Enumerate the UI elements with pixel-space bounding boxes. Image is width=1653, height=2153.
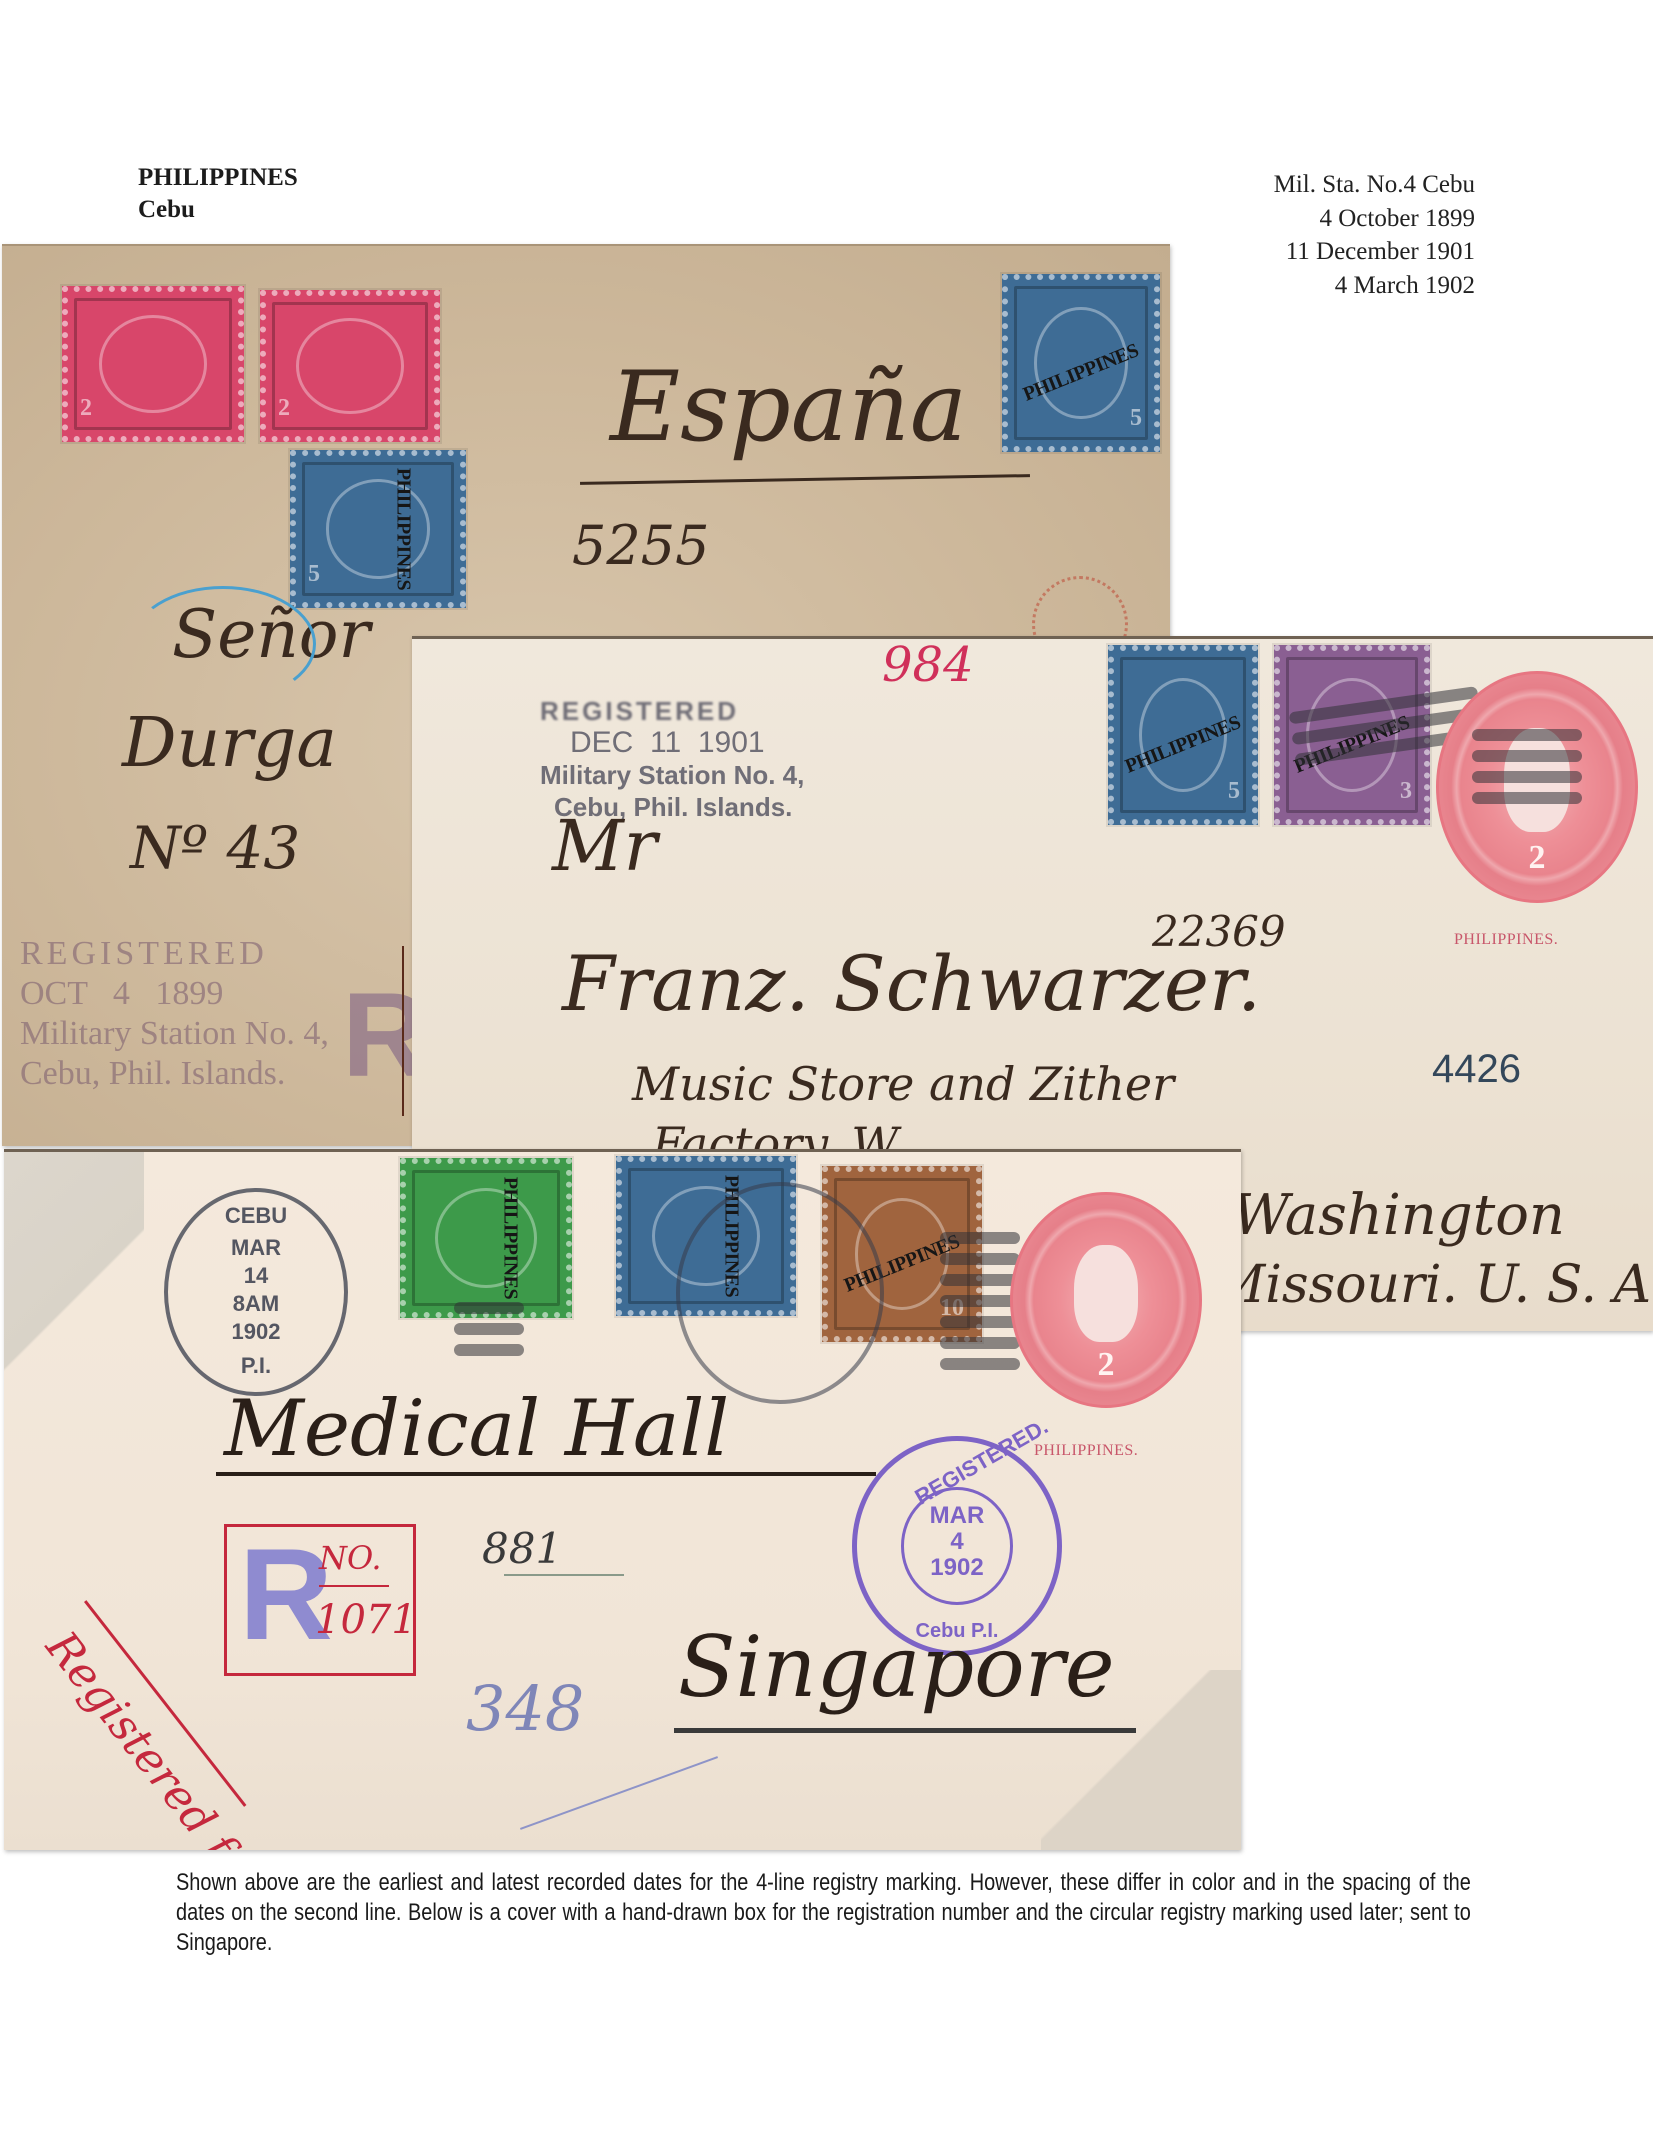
stamp-1c-green: PHILIPPINES <box>400 1158 572 1318</box>
stamp-5c-blue-corner: PHILIPPINES 5 <box>1002 274 1160 452</box>
date-list: Mil. Sta. No.4 Cebu 4 October 1899 11 De… <box>1274 168 1475 302</box>
country-title: PHILIPPINES <box>138 162 298 194</box>
cebu-postmark: CEBU MAR 14 8AM 1902 P.I. <box>164 1188 348 1396</box>
grid-cancel-2 <box>940 1232 1020 1379</box>
town-subtitle: Cebu <box>138 194 298 226</box>
exhibit-caption: Shown above are the earliest and latest … <box>176 1868 1255 1958</box>
station-name: Mil. Sta. No.4 Cebu <box>1274 168 1475 202</box>
date-1: 4 October 1899 <box>1274 202 1475 236</box>
embossed-2c-stamp: 2 <box>1010 1192 1202 1408</box>
date-2: 11 December 1901 <box>1274 235 1475 269</box>
date-3: 4 March 1902 <box>1274 269 1475 303</box>
grid-cancel-1 <box>454 1302 524 1365</box>
number-4426: 4426 <box>1432 1047 1521 1092</box>
red-reg-number: 984 <box>882 637 974 693</box>
registry-marking-1901: REGISTERED DEC 11 1901 Military Station … <box>540 695 804 823</box>
underline <box>674 1728 1136 1733</box>
destination-singapore: Singapore <box>678 1618 1115 1716</box>
stamp-2c-red-2: 2 <box>260 290 440 442</box>
addressee-name: Franz. Schwarzer. <box>562 939 1261 1028</box>
embossed-overprint: PHILIPPINES. <box>1454 931 1558 949</box>
registry-marking-1899: REGISTERED OCT 4 1899 Military Station N… <box>20 934 329 1094</box>
embossed-overprint: PHILIPPINES. <box>1034 1442 1138 1460</box>
stamp-5c-blue: PHILIPPINES 5 <box>1108 645 1258 825</box>
envelope-flap <box>4 1152 144 1372</box>
blue-crayon-mark <box>130 586 316 702</box>
address-line-state: Missouri. U. S. A. <box>1212 1255 1653 1315</box>
number-881: 881 <box>482 1524 562 1573</box>
cebu-postmark-2 <box>676 1182 884 1404</box>
salutation: Mr <box>552 805 657 887</box>
number-5255: 5255 <box>572 514 709 577</box>
destination-espana: España <box>610 351 967 463</box>
underline <box>580 474 1030 485</box>
stamp-2c-red-1: 2 <box>62 286 244 442</box>
address-line-business: Music Store and Zither <box>632 1057 1174 1111</box>
addressee-medical-hall: Medical Hall <box>224 1384 729 1474</box>
exhibit-heading: PHILIPPINES Cebu <box>138 162 298 226</box>
cover-1902: CEBU MAR 14 8AM 1902 P.I. PHILIPPINES PH… <box>4 1149 1241 1850</box>
address-line-3: Nº 43 <box>130 814 300 882</box>
underline <box>216 1472 876 1476</box>
registration-box: R NO. 1071 <box>224 1524 416 1676</box>
ink-line <box>402 946 404 1116</box>
stamp-5c-blue-overprint: PHILIPPINES 5 <box>290 450 466 608</box>
address-line-2: Durga <box>122 704 337 783</box>
grid-cancel <box>1472 729 1582 813</box>
number-348: 348 <box>466 1672 584 1745</box>
address-line-city: Washington <box>1232 1183 1565 1248</box>
